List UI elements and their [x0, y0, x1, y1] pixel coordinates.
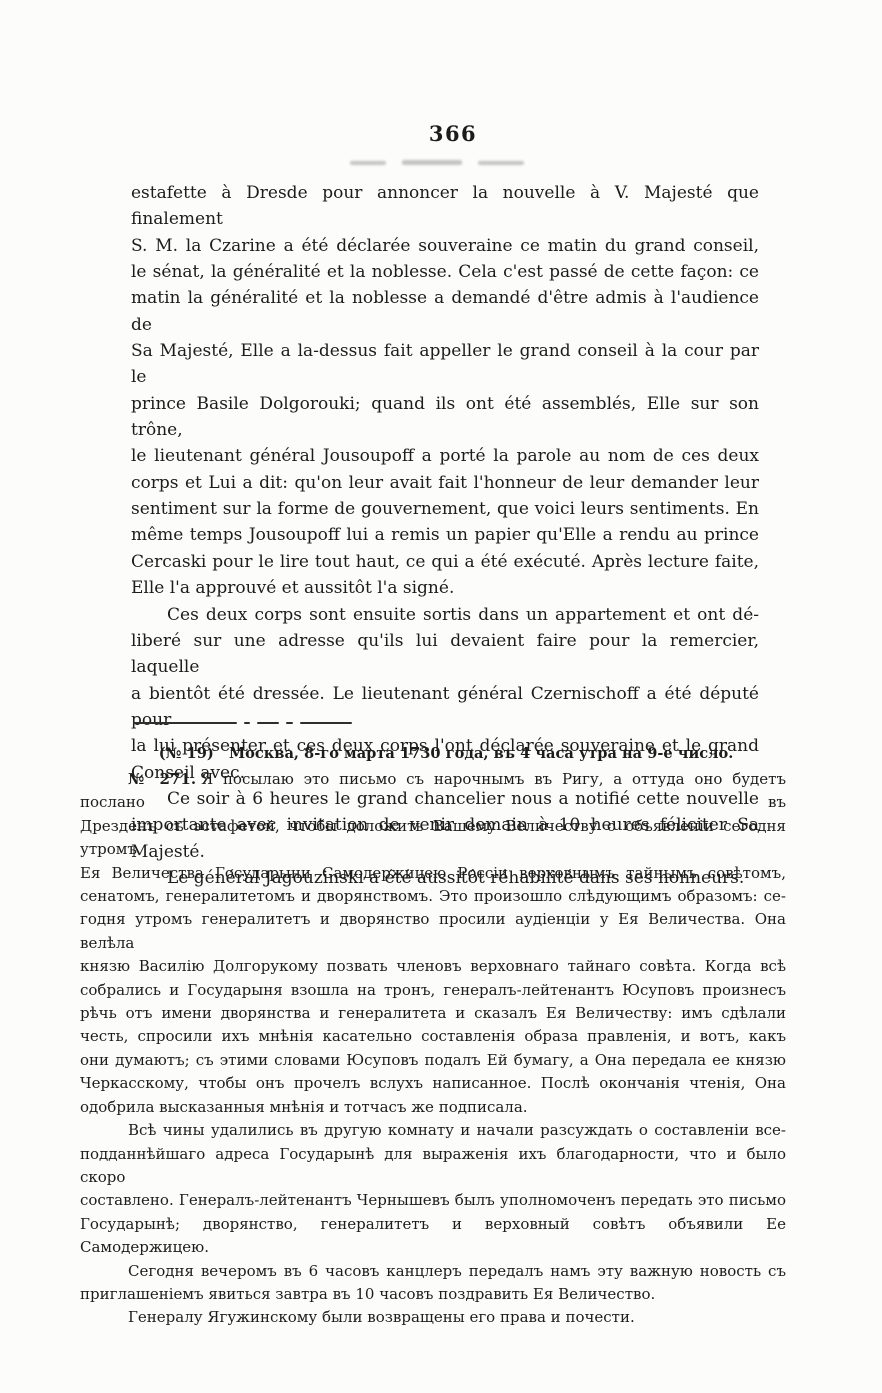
russian-paragraph-1: № 271.Я посылаю это письмо съ нарочнымъ …: [80, 768, 786, 1119]
text-line: честь, спросили ихъ мнѣнія касательно со…: [80, 1025, 786, 1048]
text-line: № 271.Я посылаю это письмо съ нарочнымъ …: [80, 768, 786, 815]
russian-paragraph-4: Генералу Ягужинскому были возвращены его…: [80, 1306, 786, 1329]
text-line: они думаютъ; съ этими словами Юсуповъ по…: [80, 1049, 786, 1072]
text-line: Elle l'a approuvé et aussitôt l'a signé.: [131, 575, 759, 601]
letter-dateline: (№ 19) Москва, 8-го марта 1730 года, въ …: [80, 742, 786, 765]
text-line: рѣчь отъ имени дворянства и генералитета…: [80, 1002, 786, 1025]
divider-segment: [133, 722, 237, 725]
document-page: 366 estafette à Dresde pour annoncer la …: [0, 0, 882, 1393]
text-line: годня утромъ генералитетъ и дворянство п…: [80, 908, 786, 955]
text-line: одобрила высказанныя мнѣнія и тотчасъ же…: [80, 1096, 786, 1119]
text-line: князю Василію Долгорукому позвать членов…: [80, 955, 786, 978]
text-line: même temps Jousoupoff lui a remis un pap…: [131, 522, 759, 548]
text-line: liberé sur une adresse qu'ils lui devaie…: [131, 628, 759, 681]
text-line: Всѣ чины удалились въ другую комнату и н…: [80, 1119, 786, 1142]
russian-paragraph-2: Всѣ чины удалились въ другую комнату и н…: [80, 1119, 786, 1259]
text-line: S. M. la Czarine a été déclarée souverai…: [131, 233, 759, 259]
text-line: le sénat, la généralité et la noblesse. …: [131, 259, 759, 285]
text-line: Cercaski pour le lire tout haut, ce qui …: [131, 549, 759, 575]
text-line: Черкасскому, чтобы онъ прочелъ вслухъ на…: [80, 1072, 786, 1095]
text-line: prince Basile Dolgorouki; quand ils ont …: [131, 391, 759, 444]
text-line: Ces deux corps sont ensuite sortis dans …: [131, 602, 759, 628]
text-line: собрались и Государыня взошла на тронъ, …: [80, 979, 786, 1002]
text-line: сенатомъ, генералитетомъ и дворянствомъ.…: [80, 885, 786, 908]
text-line: приглашеніемъ явиться завтра въ 10 часов…: [80, 1283, 786, 1306]
text-line: matin la généralité et la noblesse a dem…: [131, 285, 759, 338]
russian-letter-text: (№ 19) Москва, 8-го марта 1730 года, въ …: [80, 742, 786, 1330]
smudge-mark: [402, 160, 462, 165]
text-line: a bientôt été dressée. Le lieutenant gén…: [131, 681, 759, 734]
french-paragraph-1: estafette à Dresde pour annoncer la nouv…: [131, 180, 759, 602]
text-line: Дрезденъ съ эстафетой, чтобы доложить Ва…: [80, 815, 786, 862]
text-line: Государынѣ; дворянство, генералитетъ и в…: [80, 1213, 786, 1260]
smudge-mark: [478, 161, 524, 165]
smudge-mark: [350, 161, 386, 165]
russian-paragraph-3: Сегодня вечеромъ въ 6 часовъ канцлеръ пе…: [80, 1260, 786, 1307]
divider-segment: [244, 722, 250, 724]
text-line: corps et Lui a dit: qu'on leur avait fai…: [131, 470, 759, 496]
text-line: sentiment sur la forme de gouvernement, …: [131, 496, 759, 522]
text-line: le lieutenant général Jousoupoff a porté…: [131, 443, 759, 469]
text-line: Ея Величества Государыни Самодержицею Ро…: [80, 862, 786, 885]
section-divider: [133, 721, 352, 725]
text-line: estafette à Dresde pour annoncer la nouv…: [131, 180, 759, 233]
page-number: 366: [0, 121, 882, 146]
text-line: Генералу Ягужинскому были возвращены его…: [80, 1306, 786, 1329]
letter-number: № 271.: [128, 770, 201, 788]
text-line: Сегодня вечеромъ въ 6 часовъ канцлеръ пе…: [80, 1260, 786, 1283]
text-line: подданнѣйшаго адреса Государынѣ для выра…: [80, 1143, 786, 1190]
divider-segment: [300, 722, 352, 725]
divider-segment: [257, 722, 279, 725]
text-line: Sa Majesté, Elle a la-dessus fait appell…: [131, 338, 759, 391]
divider-segment: [286, 722, 293, 724]
ink-smudge: [350, 160, 524, 165]
text-line: составлено. Генералъ-лейтенантъ Чернышев…: [80, 1189, 786, 1212]
